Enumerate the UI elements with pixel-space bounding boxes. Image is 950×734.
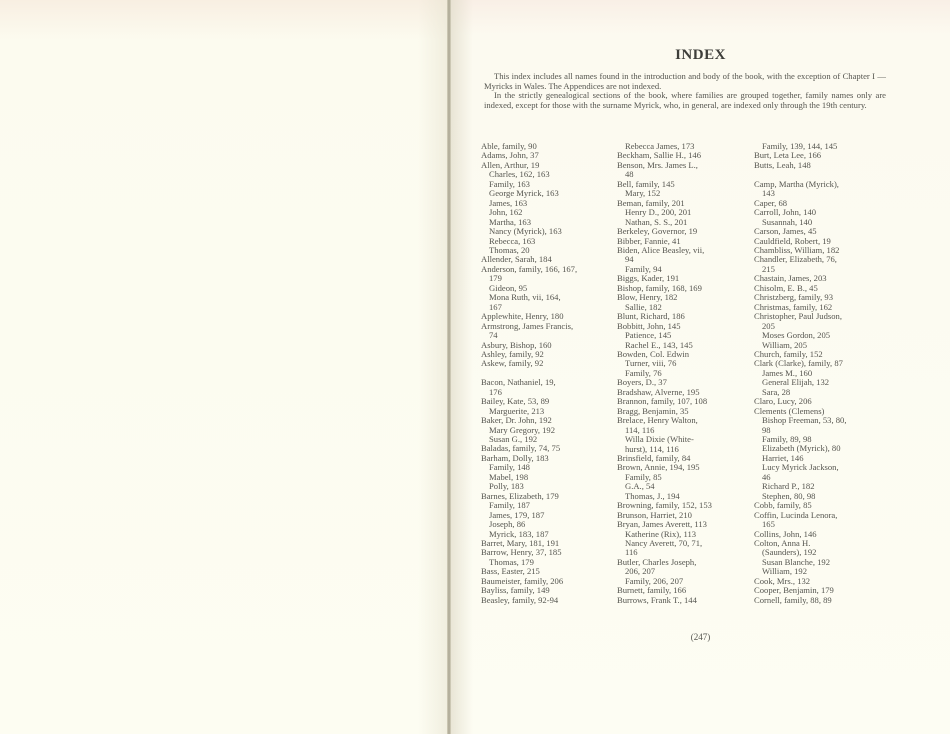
index-entry: Chandler, Elizabeth, 76, — [754, 255, 894, 264]
index-entry: Burrows, Frank T., 144 — [617, 596, 757, 605]
index-entry: Askew, family, 92 — [481, 359, 619, 368]
index-column-2: Rebecca James, 173Beckham, Sallie H., 14… — [617, 142, 757, 605]
index-entry: Beasley, family, 92-94 — [481, 596, 619, 605]
index-entry: Butts, Leah, 148 — [754, 161, 894, 170]
intro-paragraph-1: This index includes all names found in t… — [484, 72, 886, 91]
page-title: INDEX — [451, 47, 950, 64]
page-number: (247) — [451, 632, 950, 642]
index-entry: Cornell, family, 88, 89 — [754, 596, 894, 605]
index-entry: Christopher, Paul Judson, — [754, 312, 894, 321]
index-entry: Benson, Mrs. James L., — [617, 161, 757, 170]
index-intro: This index includes all names found in t… — [484, 72, 886, 110]
index-entry: Camp, Martha (Myrick), — [754, 180, 894, 189]
left-page-blank — [0, 0, 448, 734]
index-entry: Nancy Averett, 70, 71, — [617, 539, 757, 548]
book-spread: INDEX This index includes all names foun… — [0, 0, 950, 734]
index-column-3: Family, 139, 144, 145Burt, Leta Lee, 166… — [754, 142, 894, 605]
intro-paragraph-2: In the strictly genealogical sections of… — [484, 91, 886, 110]
index-entry: Lucy Myrick Jackson, — [754, 463, 894, 472]
index-column-1: Able, family, 90Adams, John, 37Allen, Ar… — [481, 142, 619, 605]
index-entry: Biden, Alice Beasley, vii, — [617, 246, 757, 255]
index-entry: Coffin, Lucinda Lenora, — [754, 511, 894, 520]
index-entry: Bishop Freeman, 53, 80, — [754, 416, 894, 425]
index-entry: Armstrong, James Francis, — [481, 322, 619, 331]
